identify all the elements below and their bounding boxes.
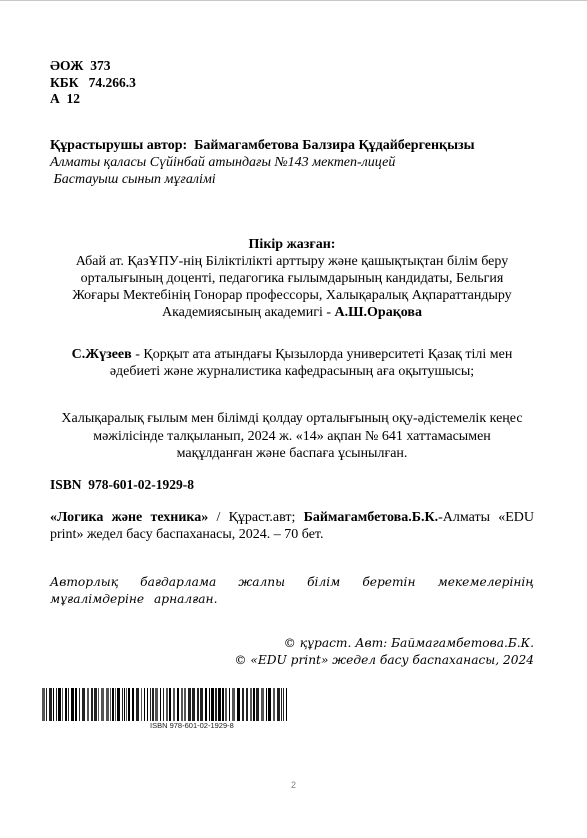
isbn-barcode: ISBN 978-601-02-1929-8 xyxy=(42,688,288,732)
udc-code: ӘОЖ 373 xyxy=(50,58,136,75)
isbn-line: ISBN 978-601-02-1929-8 xyxy=(50,476,534,493)
annotation: Авторлық бағдарлама жалпы білім беретін … xyxy=(50,574,534,608)
author-affiliation: Алматы қаласы Сүйінбай атындағы №143 мек… xyxy=(50,154,534,171)
lbc-code: КБК 74.266.3 xyxy=(50,75,136,92)
copyright-author: © құраст. Авт: Баймагамбетова.Б.К. xyxy=(50,635,534,652)
reviewer-2-name: С.Жүзеев xyxy=(72,347,132,362)
biblio-compiler-label: / Құраст.авт; xyxy=(208,510,303,525)
bibliographic-record: «Логика және техника» / Құраст.авт; Байм… xyxy=(50,509,534,543)
copyright-block: © құраст. Авт: Баймагамбетова.Б.К. © «ED… xyxy=(50,635,534,669)
reviewer-2: С.Жүзеев - Қорқыт ата атындағы Қызылорда… xyxy=(50,346,534,380)
author-line: Құрастырушы автор: Баймагамбетова Балзир… xyxy=(50,137,534,154)
author-name: Баймагамбетова Балзира Құдайбергенқызы xyxy=(194,138,474,153)
author-label: Құрастырушы автор: xyxy=(50,138,194,153)
author-mark: А 12 xyxy=(50,91,136,108)
approval-statement: Халықаралық ғылым мен білімді қолдау орт… xyxy=(40,410,544,463)
author-section: Құрастырушы автор: Баймагамбетова Балзир… xyxy=(50,137,534,188)
reviewer-1-name: А.Ш.Орақова xyxy=(335,305,422,320)
page-number: 2 xyxy=(0,780,587,790)
copyright-publisher: © «EDU print» жедел басу баспаханасы, 20… xyxy=(50,652,534,669)
author-position: Бастауыш сынып мұғалімі xyxy=(50,171,534,188)
page-top-border xyxy=(0,0,587,1)
barcode-caption: ISBN 978-601-02-1929-8 xyxy=(150,721,234,730)
biblio-author: Баймагамбетова.Б.К. xyxy=(304,510,439,525)
barcode-bars xyxy=(42,688,288,721)
reviewers-heading: Пікір жазған: xyxy=(50,236,534,253)
reviewer-2-text: - Қорқыт ата атындағы Қызылорда универси… xyxy=(110,347,513,379)
book-title: «Логика және техника» xyxy=(50,510,208,525)
reviewer-section: Пікір жазған: Абай ат. ҚазҰПУ-нің Білікт… xyxy=(50,236,534,321)
reviewer-1: Абай ат. ҚазҰПУ-нің Біліктілікті арттыру… xyxy=(50,253,534,321)
classification-codes: ӘОЖ 373 КБК 74.266.3 А 12 xyxy=(50,58,136,108)
reviewer-1-text: Абай ат. ҚазҰПУ-нің Біліктілікті арттыру… xyxy=(72,254,511,320)
